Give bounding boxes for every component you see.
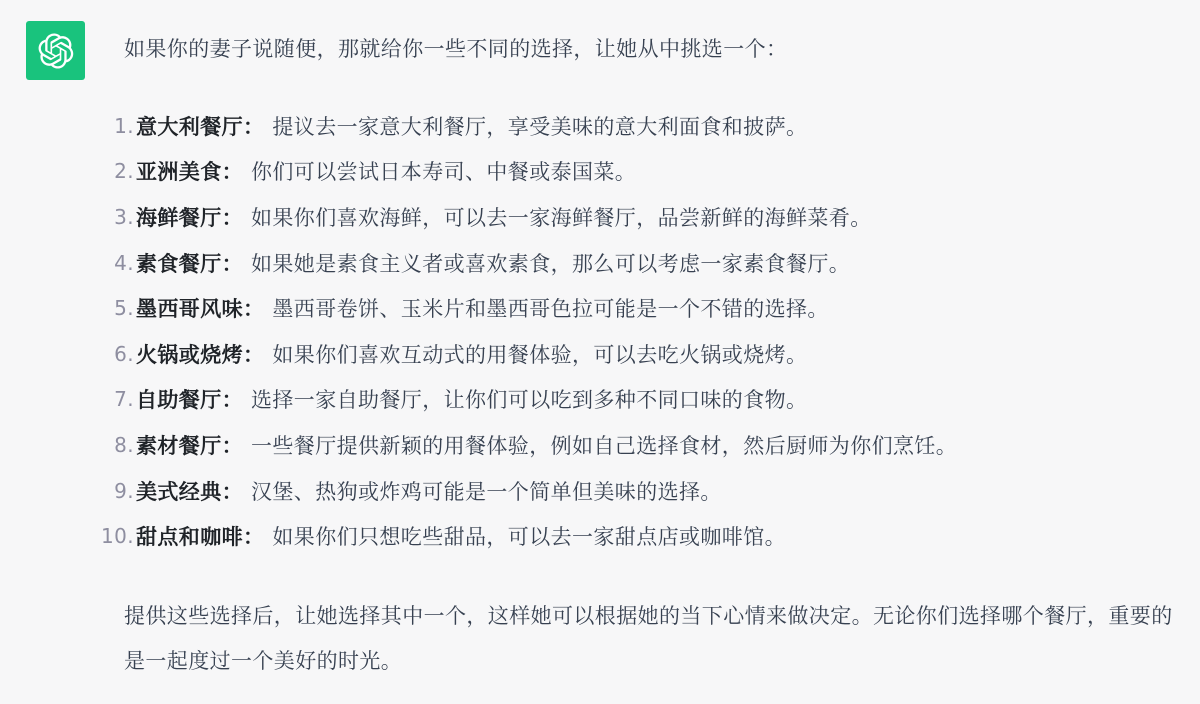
item-number: 8. [80, 433, 136, 457]
item-description: 你们可以尝试日本寿司、中餐或泰国菜。 [251, 156, 636, 186]
item-description: 如果你们喜欢海鲜，可以去一家海鲜餐厅，品尝新鲜的海鲜菜肴。 [251, 202, 872, 232]
item-number: 10. [80, 524, 136, 548]
item-title: 墨西哥风味： [136, 293, 264, 323]
item-number: 3. [80, 205, 136, 229]
item-number: 2. [80, 159, 136, 183]
item-title: 美式经典： [136, 476, 243, 506]
list-item: 8. 素材餐厅： 一些餐厅提供新颖的用餐体验，例如自己选择食材，然后厨师为你们烹… [80, 422, 957, 468]
message-outro: 提供这些选择后，让她选择其中一个，这样她可以根据她的当下心情来做决定。无论你们选… [124, 594, 1184, 684]
item-number: 9. [80, 479, 136, 503]
item-description: 墨西哥卷饼、玉米片和墨西哥色拉可能是一个不错的选择。 [272, 293, 828, 323]
item-title: 亚洲美食： [136, 156, 243, 186]
list-item: 4. 素食餐厅： 如果她是素食主义者或喜欢素食，那么可以考虑一家素食餐厅。 [80, 240, 957, 286]
list-item: 3. 海鲜餐厅： 如果你们喜欢海鲜，可以去一家海鲜餐厅，品尝新鲜的海鲜菜肴。 [80, 194, 957, 240]
list-item: 1. 意大利餐厅： 提议去一家意大利餐厅，享受美味的意大利面食和披萨。 [80, 103, 957, 149]
item-number: 7. [80, 387, 136, 411]
item-description: 选择一家自助餐厅，让你们可以吃到多种不同口味的食物。 [251, 384, 807, 414]
list-item: 7. 自助餐厅： 选择一家自助餐厅，让你们可以吃到多种不同口味的食物。 [80, 377, 957, 423]
item-description: 如果她是素食主义者或喜欢素食，那么可以考虑一家素食餐厅。 [251, 248, 850, 278]
list-item: 5. 墨西哥风味： 墨西哥卷饼、玉米片和墨西哥色拉可能是一个不错的选择。 [80, 285, 957, 331]
item-title: 意大利餐厅： [136, 111, 264, 141]
openai-logo-icon [38, 33, 74, 69]
message-intro: 如果你的妻子说随便，那就给你一些不同的选择，让她从中挑选一个： [124, 26, 1180, 72]
list-item: 10. 甜点和咖啡： 如果你们只想吃些甜品，可以去一家甜点店或咖啡馆。 [80, 513, 957, 559]
item-number: 1. [80, 114, 136, 138]
item-description: 汉堡、热狗或炸鸡可能是一个简单但美味的选择。 [251, 476, 722, 506]
item-title: 海鲜餐厅： [136, 202, 243, 232]
item-description: 如果你们只想吃些甜品，可以去一家甜点店或咖啡馆。 [272, 521, 786, 551]
item-description: 如果你们喜欢互动式的用餐体验，可以去吃火锅或烧烤。 [272, 339, 807, 369]
item-number: 4. [80, 251, 136, 275]
item-description: 提议去一家意大利餐厅，享受美味的意大利面食和披萨。 [272, 111, 807, 141]
item-title: 火锅或烧烤： [136, 339, 264, 369]
item-title: 素食餐厅： [136, 248, 243, 278]
item-title: 甜点和咖啡： [136, 521, 264, 551]
item-title: 素材餐厅： [136, 430, 243, 460]
item-description: 一些餐厅提供新颖的用餐体验，例如自己选择食材，然后厨师为你们烹饪。 [251, 430, 957, 460]
item-number: 5. [80, 296, 136, 320]
list-item: 9. 美式经典： 汉堡、热狗或炸鸡可能是一个简单但美味的选择。 [80, 468, 957, 514]
assistant-message: 如果你的妻子说随便，那就给你一些不同的选择，让她从中挑选一个： [124, 26, 1180, 72]
item-title: 自助餐厅： [136, 384, 243, 414]
item-number: 6. [80, 342, 136, 366]
list-item: 6. 火锅或烧烤： 如果你们喜欢互动式的用餐体验，可以去吃火锅或烧烤。 [80, 331, 957, 377]
list-item: 2. 亚洲美食： 你们可以尝试日本寿司、中餐或泰国菜。 [80, 149, 957, 195]
assistant-avatar [26, 21, 85, 80]
